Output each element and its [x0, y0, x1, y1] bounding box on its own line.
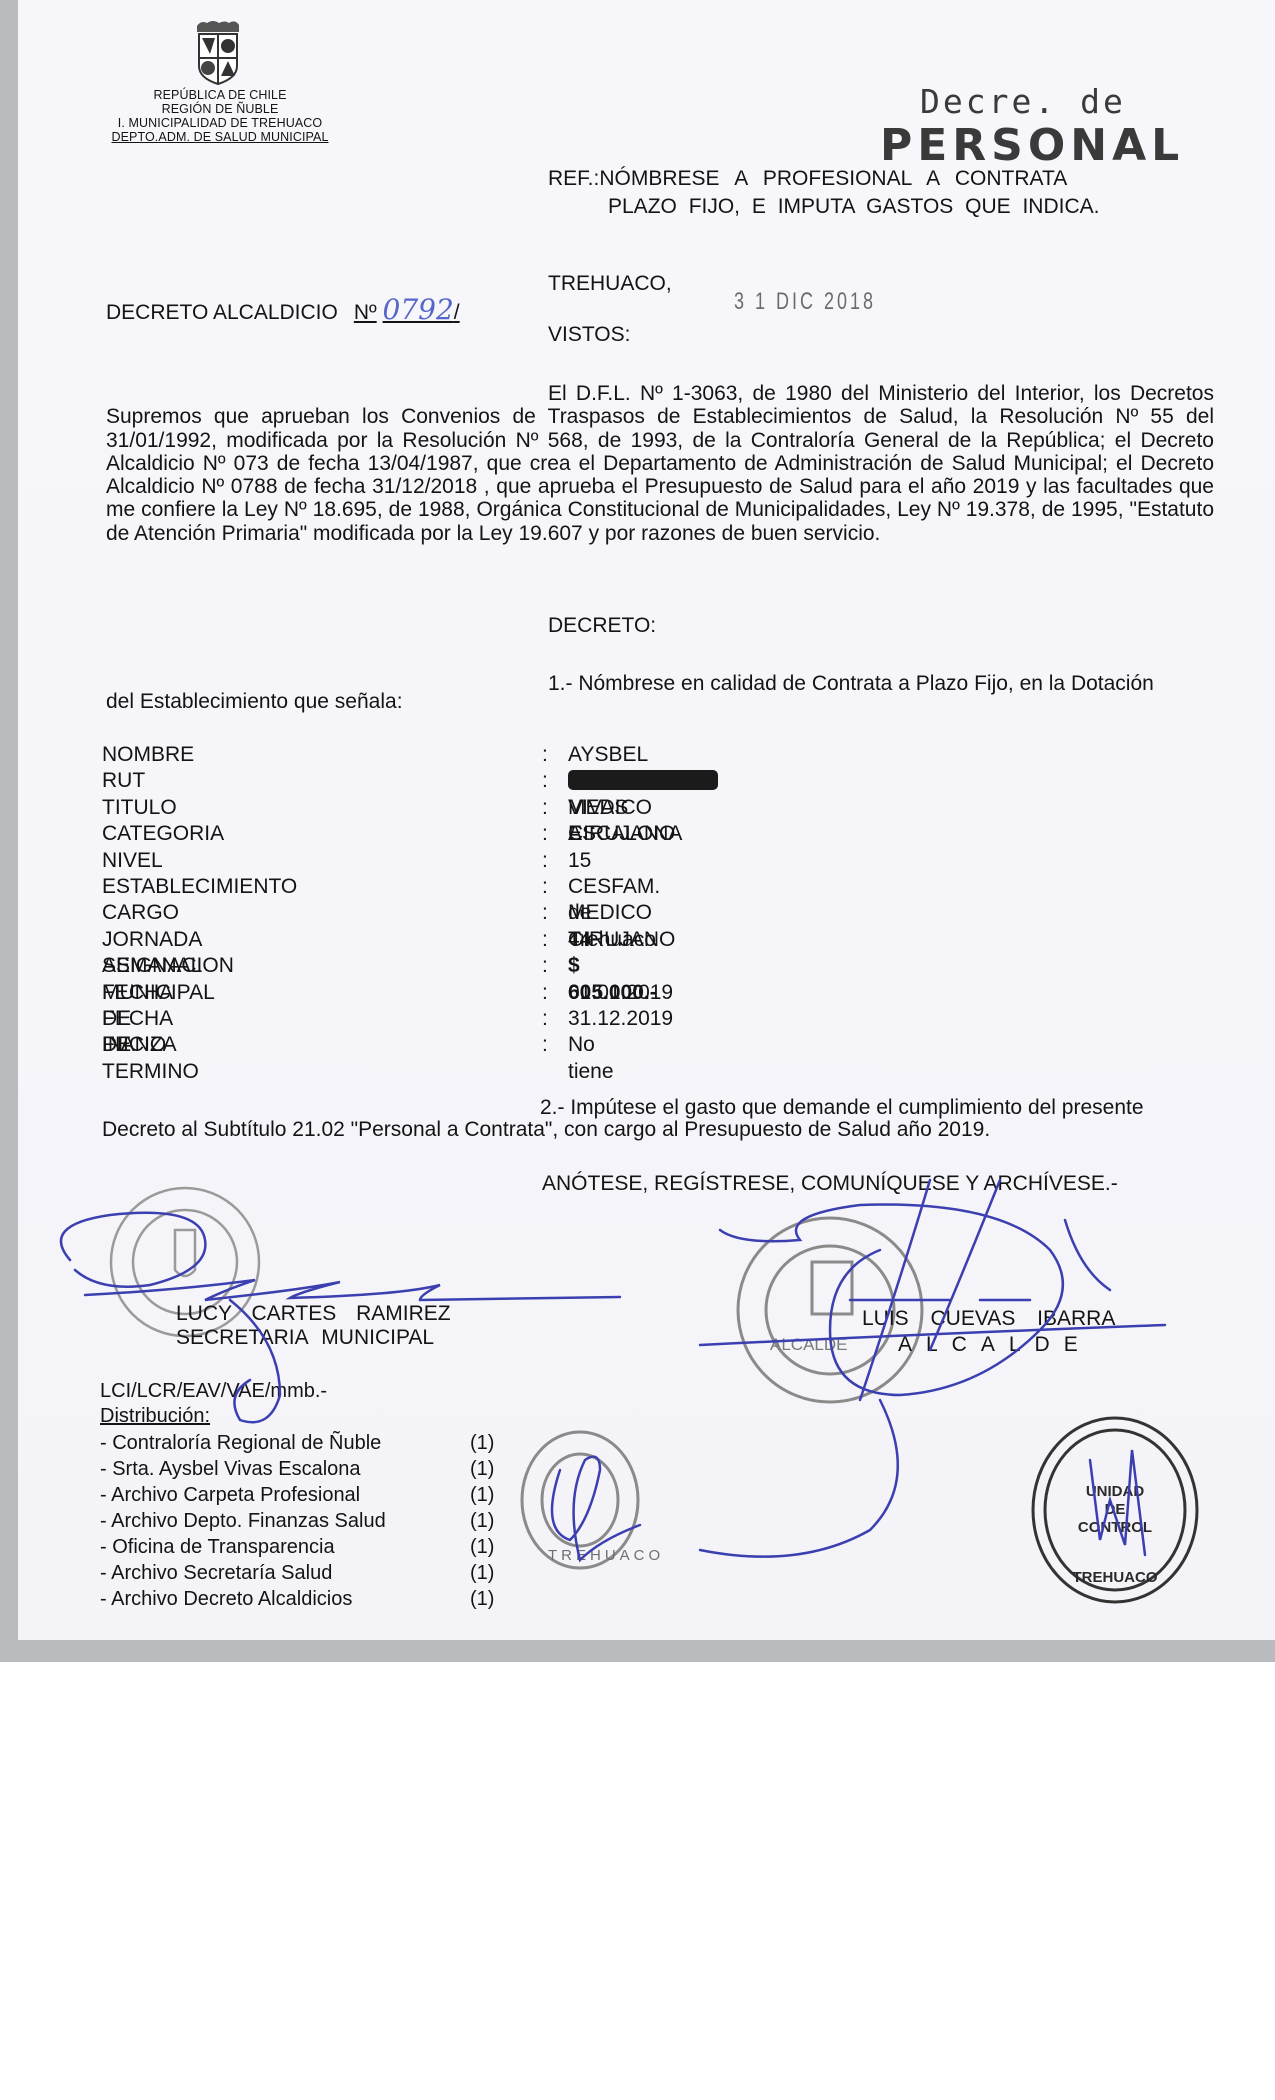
place: TREHUACO,: [548, 272, 672, 296]
distribution-label: - Archivo Carpeta Profesional: [100, 1484, 360, 1506]
field-label: ESTABLECIMIENTO: [102, 874, 297, 900]
distribution-item: - Archivo Secretaría Salud(1): [100, 1560, 520, 1586]
decree-handwritten-number: 0792: [383, 293, 454, 326]
field-separator: :: [542, 980, 548, 1006]
distribution-count: (1): [470, 1534, 494, 1560]
reference-line1: REF.:NÓMBRESE A PROFESIONAL A CONTRATA: [548, 167, 1067, 191]
item2-line2: Decreto al Subtítulo 21.02 "Personal a C…: [102, 1118, 990, 1142]
distribution-count: (1): [470, 1456, 494, 1482]
decree-suffix: /: [454, 301, 460, 324]
secretary-title: SECRETARIA MUNICIPAL: [176, 1326, 434, 1350]
field-label: NIVEL: [102, 848, 163, 874]
field-value: 31.12.2019: [568, 1006, 673, 1032]
distribution-label: - Contraloría Regional de Ñuble: [100, 1432, 381, 1454]
item1-line1: 1.- Nómbrese en calidad de Contrata a Pl…: [548, 672, 1154, 696]
distribution-item: - Contraloría Regional de Ñuble(1): [100, 1430, 520, 1456]
distribution-label: - Archivo Secretaría Salud: [100, 1562, 332, 1584]
distribution-count: (1): [470, 1560, 494, 1586]
field-separator: :: [542, 768, 548, 794]
distribution-item: - Archivo Carpeta Profesional(1): [100, 1482, 520, 1508]
field-separator: :: [542, 795, 548, 821]
field-separator: :: [542, 742, 548, 768]
distribution-item: - Archivo Decreto Alcaldicios(1): [100, 1586, 520, 1612]
initials: LCI/LCR/EAV/VAE/mmb.-: [100, 1380, 327, 1403]
item2-line1: 2.- Impútese el gasto que demande el cum…: [540, 1096, 1144, 1120]
mayor-name: LUIS CUEVAS IBARRA: [862, 1307, 1115, 1331]
vistos-heading: VISTOS:: [548, 323, 630, 347]
closing-formula: ANÓTESE, REGÍSTRESE, COMUNÍQUESE Y ARCHÍ…: [542, 1172, 1118, 1196]
distribution-count: (1): [470, 1586, 494, 1612]
decree-no-symbol: Nº: [354, 301, 377, 324]
letterhead-line: REGIÓN DE ÑUBLE: [100, 102, 340, 116]
field-separator: :: [542, 874, 548, 900]
letterhead-line: I. MUNICIPALIDAD DE TREHUACO: [100, 116, 340, 130]
letterhead: REPÚBLICA DE CHILE REGIÓN DE ÑUBLE I. MU…: [100, 88, 340, 144]
field-value: 01.01.2019: [568, 980, 673, 1006]
decree-number: DECRETO ALCALDICIONº 0792/: [106, 293, 460, 326]
field-separator: :: [542, 821, 548, 847]
distribution-item: - Srta. Aysbel Vivas Escalona(1): [100, 1456, 520, 1482]
stamp-header-line2: PERSONAL: [880, 120, 1184, 171]
field-value: No tiene: [568, 1032, 614, 1085]
distribution-label: - Archivo Decreto Alcaldicios: [100, 1588, 352, 1610]
field-value: A: [568, 821, 582, 847]
decreto-heading: DECRETO:: [548, 614, 656, 638]
field-separator: :: [542, 1032, 548, 1058]
field-value: MEDICO CIRUJANO: [568, 795, 675, 848]
letterhead-line: REPÚBLICA DE CHILE: [100, 88, 340, 102]
item1-line2: del Establecimiento que señala:: [106, 690, 403, 714]
secretary-name: LUCY CARTES RAMIREZ: [176, 1302, 451, 1326]
field-label: RUT: [102, 768, 145, 794]
redacted-value: [568, 768, 718, 794]
stamp-header-line1: Decre. de: [920, 82, 1126, 121]
distribution-item: - Archivo Depto. Finanzas Salud(1): [100, 1508, 520, 1534]
field-label: CATEGORIA: [102, 821, 224, 847]
distribution-count: (1): [470, 1482, 494, 1508]
distribution-label: - Srta. Aysbel Vivas Escalona: [100, 1458, 361, 1480]
decree-label: DECRETO ALCALDICIO: [106, 301, 338, 324]
date-stamp: 3 1 DIC 2018: [734, 288, 876, 316]
reference-line2: PLAZO FIJO, E IMPUTA GASTOS QUE INDICA.: [608, 195, 1099, 219]
field-separator: :: [542, 900, 548, 926]
distribution-label: - Oficina de Transparencia: [100, 1536, 335, 1558]
distribution-label: - Archivo Depto. Finanzas Salud: [100, 1510, 386, 1532]
field-label: NOMBRE: [102, 742, 194, 768]
vistos-text: El D.F.L. Nº 1-3063, de 1980 del Ministe…: [106, 382, 1214, 545]
field-value: 44: [568, 927, 591, 953]
distribution-count: (1): [470, 1430, 494, 1456]
mayor-title: ALCALDE: [898, 1333, 1092, 1357]
field-label: TITULO: [102, 795, 177, 821]
distribution-list: - Contraloría Regional de Ñuble(1)- Srta…: [100, 1430, 520, 1612]
field-separator: :: [542, 927, 548, 953]
distribution-count: (1): [470, 1508, 494, 1534]
field-separator: :: [542, 848, 548, 874]
letterhead-line: DEPTO.ADM. DE SALUD MUNICIPAL: [100, 130, 340, 144]
field-separator: :: [542, 953, 548, 979]
field-value: 15: [568, 848, 591, 874]
field-label: CARGO: [102, 900, 179, 926]
vistos-paragraph: El D.F.L. Nº 1-3063, de 1980 del Ministe…: [106, 382, 1214, 545]
distribution-item: - Oficina de Transparencia(1): [100, 1534, 520, 1560]
field-separator: :: [542, 1006, 548, 1032]
distribution-heading: Distribución:: [100, 1405, 210, 1428]
field-label: FIANZA: [102, 1032, 177, 1058]
